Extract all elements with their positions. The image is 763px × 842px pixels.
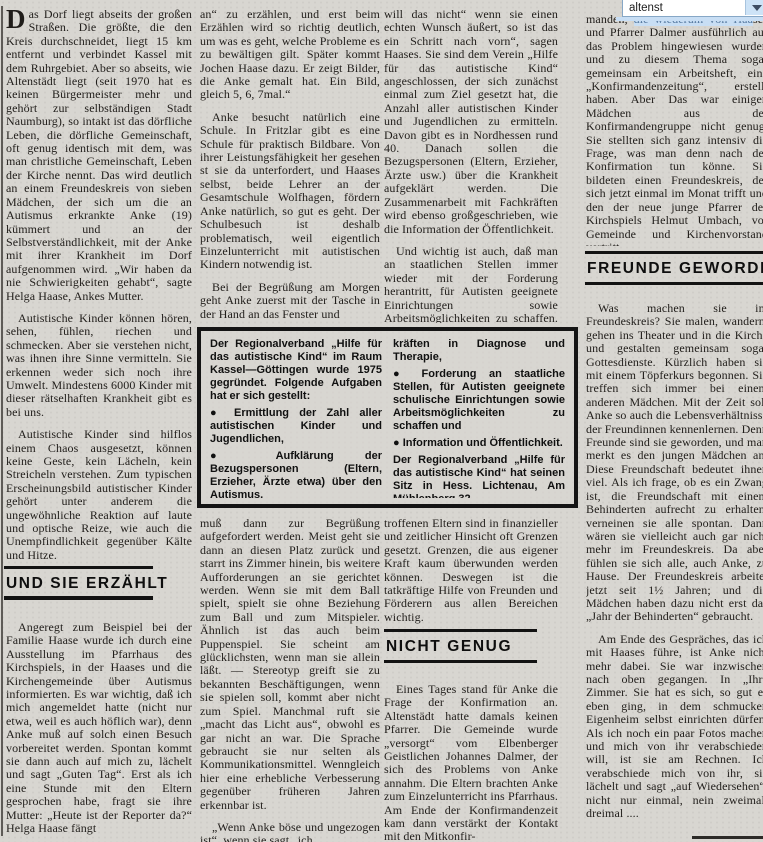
column-3-continued: troffenen Eltern sind in finanzieller un…	[384, 517, 558, 625]
infobox-address: Der Regionalverband „Hilfe für das autis…	[393, 454, 565, 498]
column-4-continued: Was machen sie im Freundeskreis? Sie mal…	[586, 302, 763, 842]
paragraph: an“ zu erzählen, und erst beim Erzählen …	[200, 8, 380, 102]
column-3-last: Eines Tages stand für Anke die Frage der…	[384, 683, 558, 842]
paragraph: Anke besucht natürlich eine Schule. In F…	[200, 111, 380, 272]
section-heading-block: NICHT GENUG	[384, 629, 537, 663]
paragraph: Autistische Kinder sind hilflos einem Ch…	[6, 428, 192, 562]
section-heading-block: UND SIE ERZÄHLT	[4, 566, 153, 600]
heading-rule	[585, 282, 763, 285]
dropdown-arrow-button[interactable]	[745, 0, 763, 15]
left-column-rule	[1, 6, 3, 836]
paragraph: will das nicht“ wenn sie einen echten Wu…	[384, 8, 558, 236]
section-heading: FREUNDE GEWORDEN	[587, 260, 763, 277]
paragraph: Bei der Begrüßung am Morgen geht Anke zu…	[200, 281, 380, 321]
column-2-continued: muß dann zur Begrüßung aufgefordert werd…	[200, 517, 380, 842]
paragraph: Was machen sie im Freundeskreis? Sie mal…	[586, 302, 763, 624]
paragraph: Eines Tages stand für Anke die Frage der…	[384, 683, 558, 842]
paragraph: muß dann zur Begrüßung aufgefordert werd…	[200, 517, 380, 812]
infobox-bullet: ● Ermittlung der Zahl aller autistischen…	[210, 407, 382, 446]
dropdown-value: altenst	[623, 2, 763, 14]
newspaper-scan-page: Das Dorf liegt abseits der großen Straße…	[0, 0, 763, 842]
chevron-down-icon	[752, 5, 762, 11]
column-1-continued: Angeregt zum Beispiel bei der Familie Ha…	[6, 621, 192, 842]
infobox-bullet: ● Aufklärung der Bezugspersonen (Eltern,…	[210, 450, 382, 498]
section-heading: NICHT GENUG	[386, 638, 512, 655]
heading-rule	[384, 660, 537, 663]
paragraph-text: as Dorf liegt abseits der großen Straßen…	[6, 8, 192, 303]
heading-rule	[4, 596, 153, 600]
infobox-bullet: ● Information und Öffentlichkeit.	[393, 437, 565, 450]
paragraph: Das Dorf liegt abseits der großen Straße…	[6, 8, 192, 303]
column-3: will das nicht“ wenn sie einen echten Wu…	[384, 8, 558, 323]
infobox-continuation: kräften in Diagnose und Therapie,	[393, 338, 565, 364]
infobox-intro: Der Regionalverband „Hilfe für das autis…	[210, 338, 382, 403]
infobox-regionalverband: Der Regionalverband „Hilfe für das autis…	[197, 327, 578, 508]
paragraph: manden, die wiederum von Haases und Pfar…	[586, 13, 763, 246]
paragraph: Am Ende des Gespräches, das ich mit Haas…	[586, 633, 763, 821]
infobox-left-column: Der Regionalverband „Hilfe für das autis…	[210, 338, 382, 498]
paragraph-text: ses und Pfarrer Dalmer ausführlich auf d…	[586, 13, 763, 246]
section-heading-block: FREUNDE GEWORDEN	[585, 251, 763, 285]
paragraph: Und wichtig ist auch, daß man an staatli…	[384, 245, 558, 323]
autocomplete-dropdown[interactable]: altenst	[622, 0, 763, 17]
drop-cap: D	[6, 8, 29, 31]
paragraph: troffenen Eltern sind in finanzieller un…	[384, 517, 558, 624]
infobox-bullet: ● Forderung an staatliche Stellen, für A…	[393, 368, 565, 433]
paragraph: Angeregt zum Beispiel bei der Familie Ha…	[6, 621, 192, 836]
column-2: an“ zu erzählen, und erst beim Erzählen …	[200, 8, 380, 323]
selection-highlight-strip	[616, 17, 763, 21]
section-heading: UND SIE ERZÄHLT	[6, 575, 168, 592]
paragraph: Autistische Kinder können hören, sehen, …	[6, 312, 192, 419]
column-4: manden, die wiederum von Haases und Pfar…	[586, 13, 763, 246]
paragraph: „Wenn Anke böse und ungezogen ist“, wenn…	[200, 821, 380, 842]
column-1: Das Dorf liegt abseits der großen Straße…	[6, 8, 192, 564]
infobox-right-column: kräften in Diagnose und Therapie, ● Ford…	[393, 338, 565, 498]
